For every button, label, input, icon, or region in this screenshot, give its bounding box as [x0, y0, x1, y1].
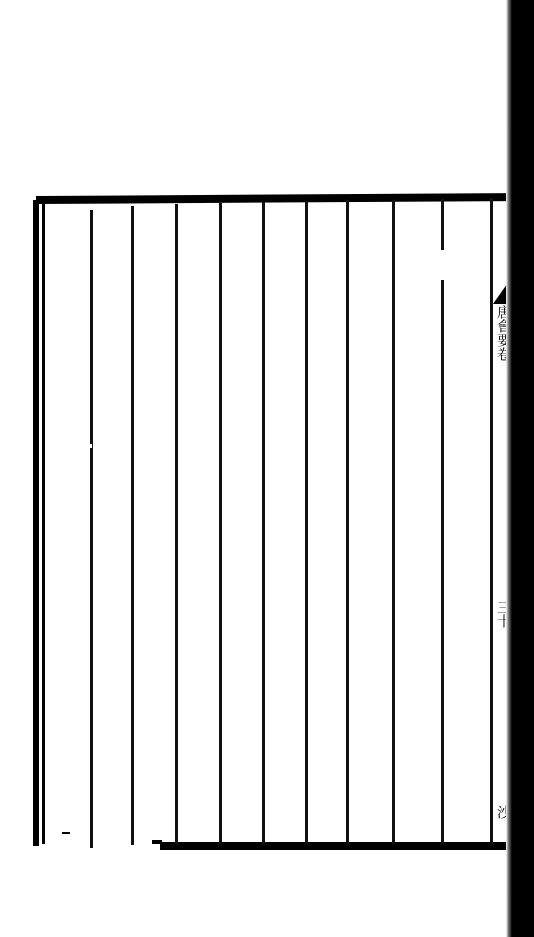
bottom-border-line: [160, 842, 512, 850]
left-border-inner-line: [42, 204, 45, 844]
column-rule-line: [90, 210, 93, 848]
ink-speck: [152, 840, 162, 844]
column-rule-line: [441, 280, 444, 845]
scanned-page: 唐會要卷 三十 沙: [0, 0, 534, 937]
fishtail-marker: [493, 284, 507, 304]
column-rule-line: [490, 198, 493, 845]
column-rule-line: [262, 202, 265, 845]
left-border-outer-line: [33, 200, 39, 846]
column-rule-line: [219, 203, 222, 845]
ink-speck: [62, 832, 70, 834]
paper-flaw: [88, 444, 92, 448]
column-rule-line: [175, 204, 178, 845]
column-rule-line: [441, 199, 444, 250]
column-rule-line: [346, 200, 349, 845]
column-rule-line: [131, 206, 134, 845]
column-rule-line: [305, 201, 308, 845]
book-gutter: [512, 0, 534, 937]
column-rule-line: [392, 200, 395, 845]
